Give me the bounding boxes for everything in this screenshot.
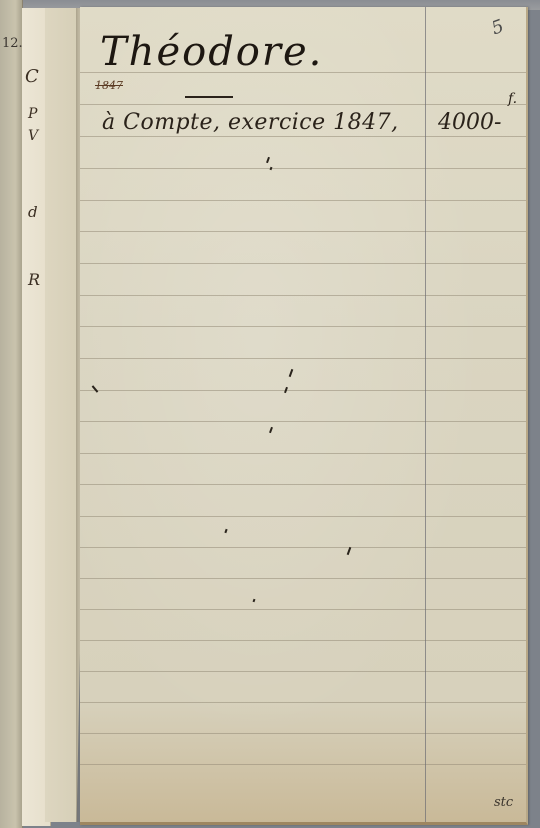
ruled-line [80,547,526,548]
ink-speck [289,369,294,377]
account-title: Théodore. [100,29,323,75]
previous-page-number: 12. [2,36,23,51]
ruled-line [80,702,526,703]
ruled-line [80,326,526,327]
strip-letter: R [28,270,40,289]
footer-mark: stc [494,795,513,810]
ruled-line [80,263,526,264]
ruled-line [80,295,526,296]
ruled-line [80,136,526,137]
ruled-line [80,640,526,641]
ink-speck [266,157,270,163]
entry-date-note: 1847 [95,79,123,92]
ruled-line [80,200,526,201]
ruled-line [80,231,526,232]
ink-speck [253,599,256,603]
ruled-line [80,168,526,169]
ruled-line [80,764,526,765]
strip-letter: C [25,66,39,87]
amount-column-divider [425,7,426,822]
currency-symbol: f. [508,91,517,107]
ruled-line [80,358,526,359]
ruled-line [80,733,526,734]
ruled-line [80,609,526,610]
ink-speck [224,529,227,533]
ink-speck [92,385,99,392]
ink-speck [270,167,273,171]
ruled-line [80,671,526,672]
page-number-mark: 5 [489,16,507,40]
strip-letter: d [28,203,38,221]
entry-amount: 4000- [438,110,501,135]
ruled-line [80,104,526,105]
ledger-page: Théodore. 5 1847 à Compte, exercice 1847… [80,7,528,825]
entry-description: à Compte, exercice 1847, [102,110,399,135]
ink-speck [347,547,352,555]
ruled-line [80,453,526,454]
ruled-line [80,421,526,422]
ruled-line [80,578,526,579]
ruled-line [80,484,526,485]
ruled-line [80,516,526,517]
previous-page-edge: 12. [0,0,23,828]
strip-letter: P [28,106,37,122]
ruled-line [80,390,526,391]
ink-speck [269,427,273,433]
strip-letter: V [28,128,38,144]
title-underline [185,96,233,98]
